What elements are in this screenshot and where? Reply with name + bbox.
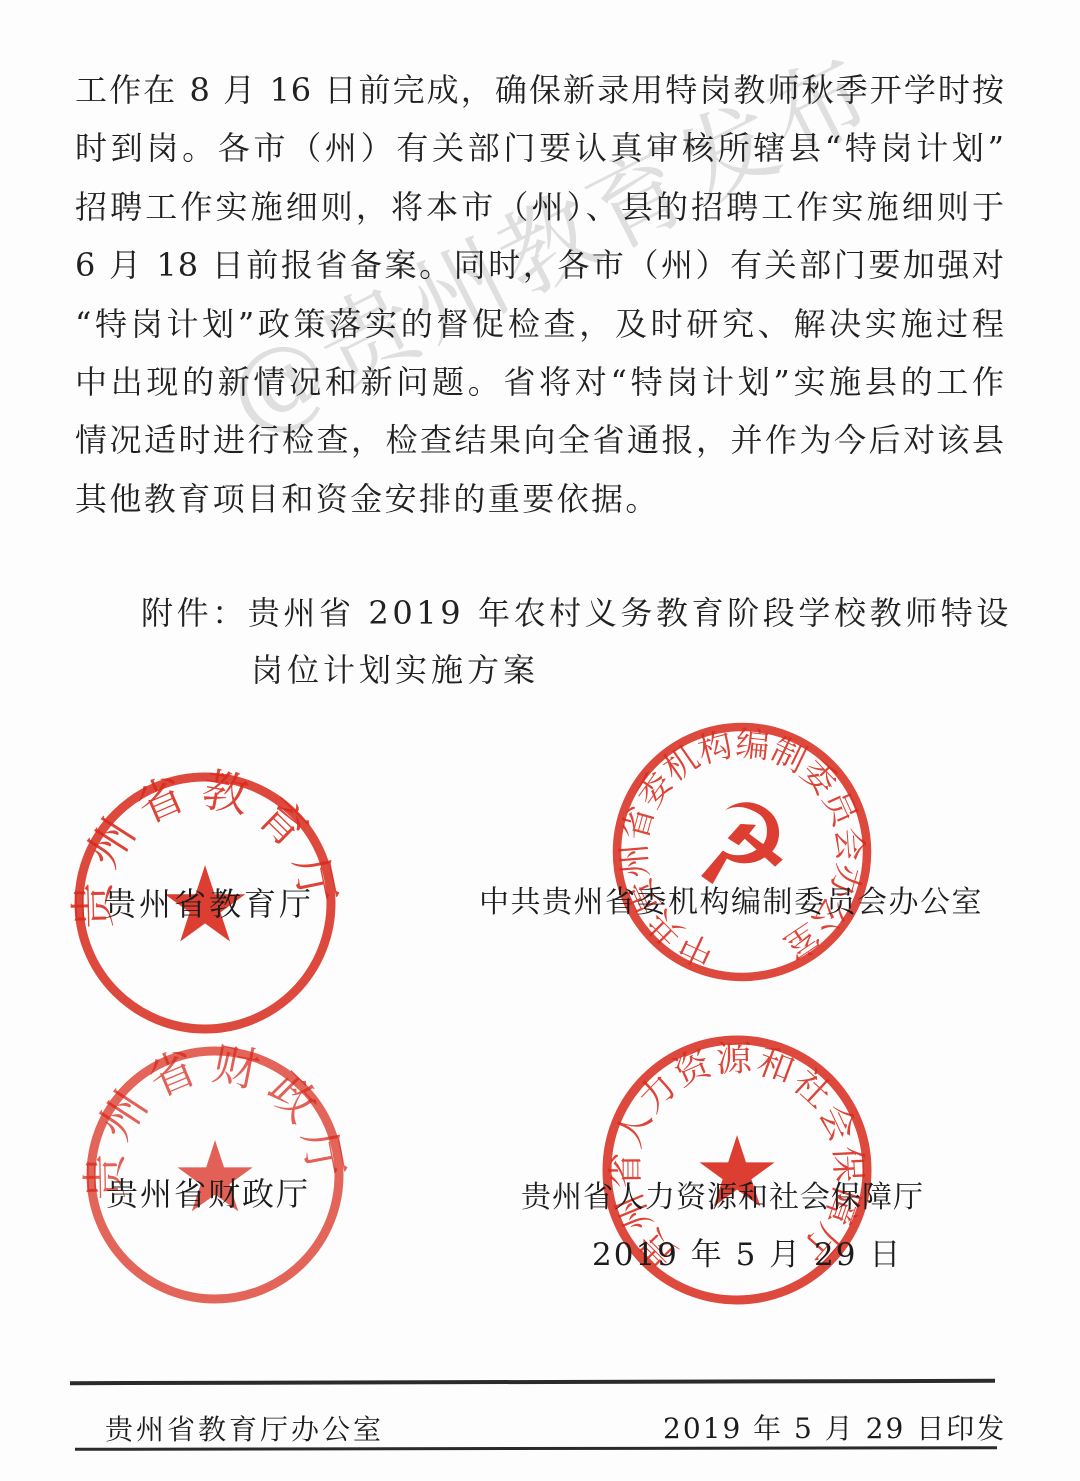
body-line: 时到岗。各市（州）有关部门要认真审核所辖县“特岗计划”: [75, 119, 1005, 177]
signature-hr: 贵州省人力资源和社会保障厅: [521, 1172, 924, 1216]
body-line: 6 月 18 日前报省备案。同时，各市（州）有关部门要加强对: [75, 236, 1005, 294]
body-line: 情况适时进行检查，检查结果向全省通报，并作为今后对该县: [75, 411, 1005, 469]
footer-rule-top: [70, 1379, 995, 1385]
footer-rule-bottom: [75, 1446, 997, 1451]
body-line: 中出现的新情况和新问题。省将对“特岗计划”实施县的工作: [75, 353, 1005, 411]
attachment-line-2: 岗位计划实施方案: [251, 645, 539, 691]
attachment-line-1: 附件：贵州省 2019 年农村义务教育阶段学校教师特设: [141, 588, 1012, 634]
body-line: “特岗计划”政策落实的督促检查，及时研究、解决实施过程: [75, 295, 1005, 353]
body-paragraph: 工作在 8 月 16 日前完成，确保新录用特岗教师秋季开学时按 时到岗。各市（州…: [75, 61, 1005, 528]
body-line: 工作在 8 月 16 日前完成，确保新录用特岗教师秋季开学时按: [75, 61, 1005, 119]
official-seal-committee: 中共贵州省委机构编制委员会办公室 ☭: [602, 712, 882, 992]
scanned-document-page: @贵州教育发布 工作在 8 月 16 日前完成，确保新录用特岗教师秋季开学时按 …: [0, 0, 1080, 1481]
signature-finance: 贵州省财政厅: [106, 1169, 310, 1215]
footer-print-date: 2019 年 5 月 29 日印发: [663, 1407, 1006, 1447]
body-line: 招聘工作实施细则，将本市（州）、县的招聘工作实施细则于: [75, 178, 1005, 236]
signature-date: 2019 年 5 月 29 日: [592, 1229, 902, 1274]
body-line: 其他教育项目和资金安排的重要依据。: [75, 470, 1005, 528]
signature-education: 贵州省教育厅: [104, 879, 314, 925]
footer-office: 贵州省教育厅办公室: [105, 1408, 384, 1448]
signature-committee: 中共贵州省委机构编制委员会办公室: [479, 877, 983, 921]
seal-committee-graphic: 中共贵州省委机构编制委员会办公室 ☭: [602, 712, 882, 992]
